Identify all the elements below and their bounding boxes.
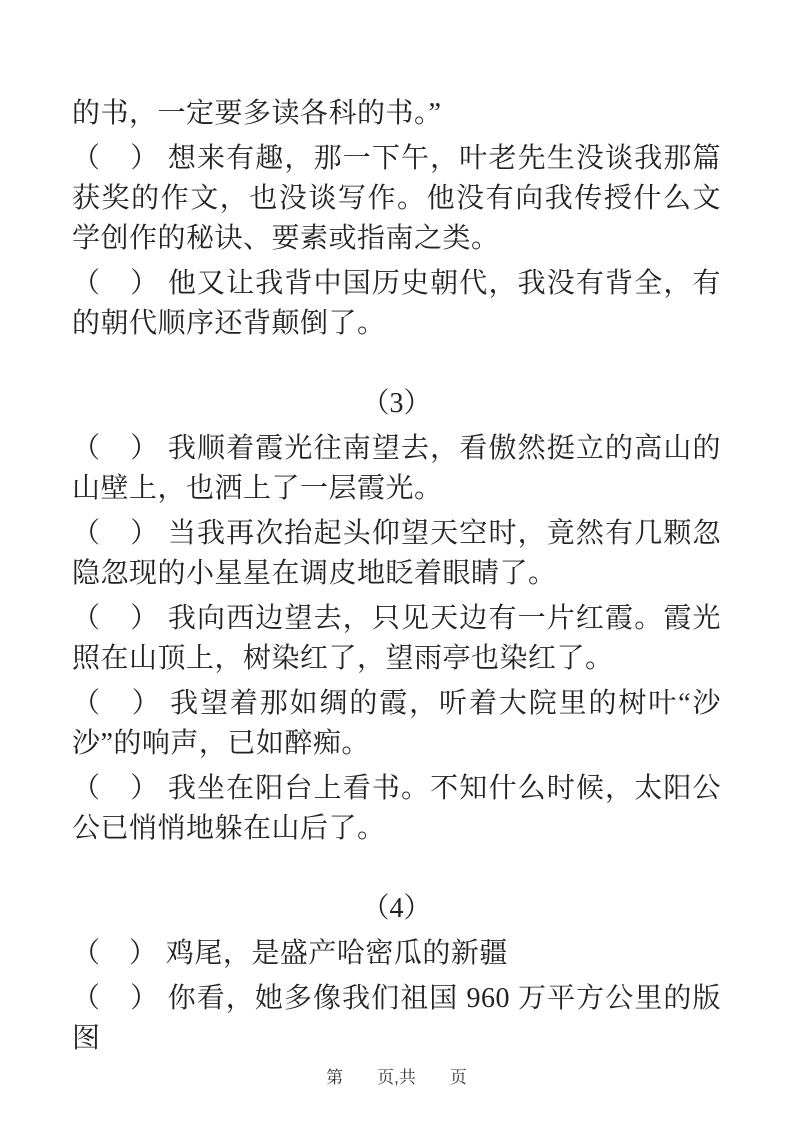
answer-blank-parentheses: （ ） (72, 268, 159, 299)
answer-blank-parentheses: （ ） (72, 688, 162, 719)
sentence-ordering-item: （ ）我坐在阳台上看书。不知什么时候，太阳公公已悄悄地躲在山后了。 (72, 769, 721, 849)
paragraph-text: 我望着那如绸的霞，听着大院里的树叶“沙沙”的响声，已如醉痴。 (72, 688, 721, 759)
answer-blank-parentheses: （ ） (72, 518, 159, 549)
paragraph-text: 的书，一定要多读各科的书。” (72, 98, 441, 129)
paragraph-text: 想来有趣，那一下午，叶老先生没谈我那篇获奖的作文，也没谈写作。他没有向我传授什么… (72, 143, 721, 254)
sentence-ordering-item: （ ）想来有趣，那一下午，叶老先生没谈我那篇获奖的作文，也没谈写作。他没有向我传… (72, 139, 721, 259)
answer-blank-parentheses: （ ） (72, 433, 159, 464)
paragraph-text: 鸡尾，是盛产哈密瓜的新疆 (166, 938, 508, 969)
answer-blank-parentheses: （ ） (72, 143, 159, 174)
section-number-heading: （3） (72, 384, 721, 424)
answer-blank-parentheses: （ ） (72, 773, 159, 804)
sentence-ordering-item: （ ）当我再次抬起头仰望天空时，竟然有几颗忽隐忽现的小星星在调皮地眨着眼睛了。 (72, 514, 721, 594)
paragraph-text: 我顺着霞光往南望去，看傲然挺立的高山的山壁上，也洒上了一层霞光。 (72, 433, 721, 504)
document-body: 的书，一定要多读各科的书。” （ ）想来有趣，那一下午，叶老先生没谈我那篇获奖的… (72, 94, 721, 1064)
sentence-ordering-item: （ ）我向西边望去，只见天边有一片红霞。霞光照在山顶上，树染红了，望雨亭也染红了… (72, 599, 721, 679)
paragraph-text: 我向西边望去，只见天边有一片红霞。霞光照在山顶上，树染红了，望雨亭也染红了。 (72, 603, 721, 674)
document-page: 的书，一定要多读各科的书。” （ ）想来有趣，那一下午，叶老先生没谈我那篇获奖的… (0, 0, 793, 1122)
paragraph-text: 当我再次抬起头仰望天空时，竟然有几颗忽隐忽现的小星星在调皮地眨着眼睛了。 (72, 518, 721, 589)
section: （4） （ ）鸡尾，是盛产哈密瓜的新疆 （ ）你看，她多像我们祖国 960 万平… (72, 889, 721, 1059)
sentence-ordering-item: （ ）他又让我背中国历史朝代，我没有背全，有的朝代顺序还背颠倒了。 (72, 264, 721, 344)
answer-blank-parentheses: （ ） (72, 983, 159, 1014)
sentence-ordering-item: （ ）我顺着霞光往南望去，看傲然挺立的高山的山壁上，也洒上了一层霞光。 (72, 429, 721, 509)
answer-blank-parentheses: （ ） (72, 603, 159, 634)
paragraph-text: 你看，她多像我们祖国 960 万平方公里的版图 (72, 983, 721, 1054)
page-footer: 第 页,共 页 (0, 1066, 793, 1090)
paragraph-text: 他又让我背中国历史朝代，我没有背全，有的朝代顺序还背颠倒了。 (72, 268, 721, 339)
section: （3） （ ）我顺着霞光往南望去，看傲然挺立的高山的山壁上，也洒上了一层霞光。 … (72, 384, 721, 849)
paragraph-continuation: 的书，一定要多读各科的书。” (72, 94, 721, 134)
paragraph-text: 我坐在阳台上看书。不知什么时候，太阳公公已悄悄地躲在山后了。 (72, 773, 721, 844)
section-number-heading: （4） (72, 889, 721, 929)
section: 的书，一定要多读各科的书。” （ ）想来有趣，那一下午，叶老先生没谈我那篇获奖的… (72, 94, 721, 344)
sentence-ordering-item: （ ）我望着那如绸的霞，听着大院里的树叶“沙沙”的响声，已如醉痴。 (72, 684, 721, 764)
answer-blank-parentheses: （ ） (72, 938, 158, 969)
sentence-ordering-item: （ ）你看，她多像我们祖国 960 万平方公里的版图 (72, 979, 721, 1059)
sentence-ordering-item: （ ）鸡尾，是盛产哈密瓜的新疆 (72, 934, 721, 974)
